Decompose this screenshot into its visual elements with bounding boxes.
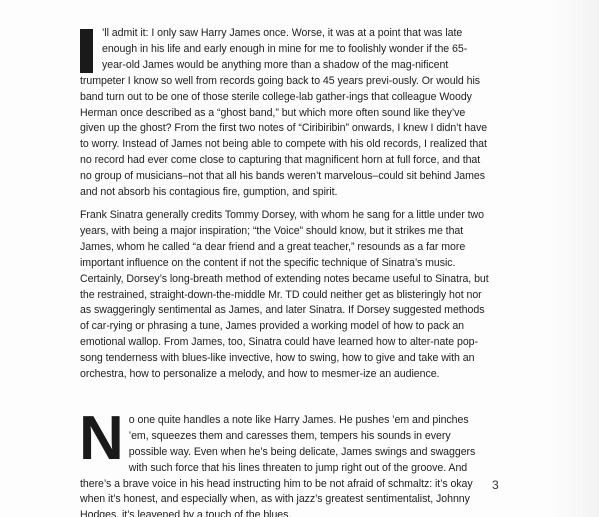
page-number: 3 (492, 478, 499, 492)
paragraph-2-text: Frank Sinatra generally credits Tommy Do… (80, 209, 489, 380)
text-column: ’ll admit it: I only saw Harry James onc… (80, 26, 490, 517)
paragraph-3: N o one quite handles a note like Harry … (80, 413, 490, 517)
paragraph-1: ’ll admit it: I only saw Harry James onc… (80, 26, 490, 201)
paragraph-1-text: ’ll admit it: I only saw Harry James onc… (80, 27, 487, 198)
dropcap-n: N (79, 416, 121, 462)
page-edge-shadow (549, 0, 599, 517)
dropcap-i (80, 29, 93, 73)
paragraph-3-text: o one quite handles a note like Harry Ja… (80, 414, 475, 517)
paragraph-2: Frank Sinatra generally credits Tommy Do… (80, 208, 490, 383)
